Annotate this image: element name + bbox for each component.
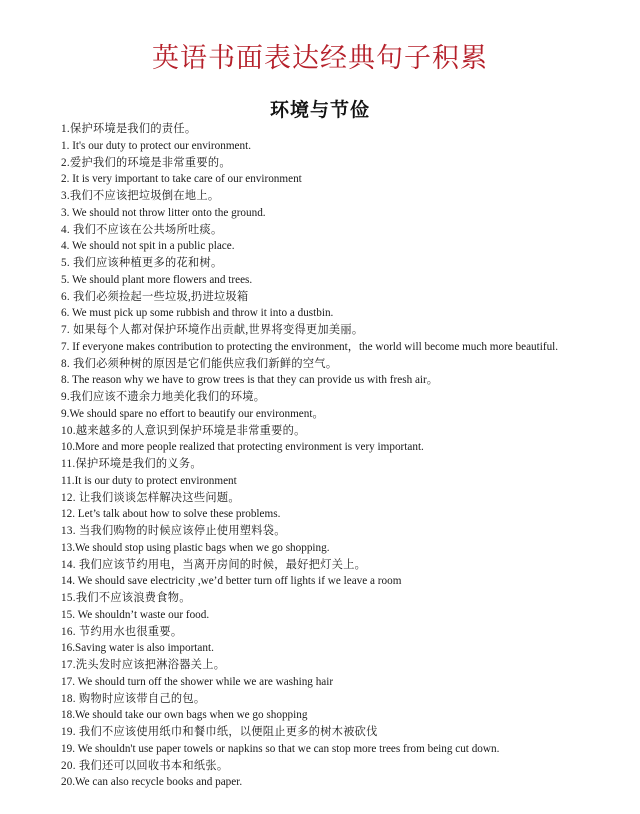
- sentence-zh-16: 16. 节约用水也很重要。: [61, 624, 631, 641]
- sentence-zh-11: 11.保护环境是我们的义务。: [61, 456, 631, 473]
- sentence-en-8: 8. The reason why we have to grow trees …: [61, 372, 631, 389]
- sentence-en-14: 14. We should save electricity ,we’d bet…: [61, 573, 631, 590]
- sentence-zh-3: 3.我们不应该把垃圾倒在地上。: [61, 188, 631, 205]
- sentence-en-15: 15. We shouldn’t waste our food.: [61, 607, 631, 624]
- sentence-zh-12: 12. 让我们谈谈怎样解决这些问题。: [61, 490, 631, 507]
- sentence-en-16: 16.Saving water is also important.: [61, 640, 631, 657]
- sentence-en-1: 1. It's our duty to protect our environm…: [61, 138, 631, 155]
- sentence-en-9: 9.We should spare no effort to beautify …: [61, 406, 631, 423]
- sentence-zh-13: 13. 当我们购物的时候应该停止使用塑料袋。: [61, 523, 631, 540]
- sentence-en-2: 2. It is very important to take care of …: [61, 171, 631, 188]
- sentence-en-11: 11.It is our duty to protect environment: [61, 473, 631, 490]
- sentence-zh-2: 2.爱护我们的环境是非常重要的。: [61, 155, 631, 172]
- sentence-en-4: 4. We should not spit in a public place.: [61, 238, 631, 255]
- sentence-en-5: 5. We should plant more flowers and tree…: [61, 272, 631, 289]
- sentence-en-20: 20.We can also recycle books and paper.: [61, 774, 631, 791]
- sentence-en-7: 7. If everyone makes contribution to pro…: [61, 339, 631, 356]
- sentence-zh-10: 10.越来越多的人意识到保护环境是非常重要的。: [61, 423, 631, 440]
- document-title: 英语书面表达经典句子积累: [0, 36, 640, 75]
- sentence-en-10: 10.More and more people realized that pr…: [61, 439, 631, 456]
- sentence-zh-8: 8. 我们必须种树的原因是它们能供应我们新鲜的空气。: [61, 356, 631, 373]
- sentence-en-3: 3. We should not throw litter onto the g…: [61, 205, 631, 222]
- sentence-zh-15: 15.我们不应该浪费食物。: [61, 590, 631, 607]
- section-heading: 环境与节俭: [0, 95, 640, 122]
- sentence-en-12: 12. Let’s talk about how to solve these …: [61, 506, 631, 523]
- sentence-zh-18: 18. 购物时应该带自己的包。: [61, 691, 631, 708]
- sentence-zh-20: 20. 我们还可以回收书本和纸张。: [61, 758, 631, 775]
- sentence-zh-19: 19. 我们不应该使用纸巾和餐巾纸，以便阻止更多的树木被砍伐: [61, 724, 631, 741]
- sentence-en-6: 6. We must pick up some rubbish and thro…: [61, 305, 631, 322]
- sentence-zh-5: 5. 我们应该种植更多的花和树。: [61, 255, 631, 272]
- sentence-zh-6: 6. 我们必须捡起一些垃圾,扔进垃圾箱: [61, 289, 631, 306]
- sentence-zh-7: 7. 如果每个人都对保护环境作出贡献,世界将变得更加美丽。: [61, 322, 631, 339]
- sentence-list: 1.保护环境是我们的责任。 1. It's our duty to protec…: [61, 121, 631, 791]
- sentence-en-18: 18.We should take our own bags when we g…: [61, 707, 631, 724]
- sentence-en-17: 17. We should turn off the shower while …: [61, 674, 631, 691]
- sentence-zh-4: 4. 我们不应该在公共场所吐痰。: [61, 222, 631, 239]
- sentence-zh-9: 9.我们应该不遗余力地美化我们的环境。: [61, 389, 631, 406]
- sentence-en-13: 13.We should stop using plastic bags whe…: [61, 540, 631, 557]
- sentence-en-19: 19. We shouldn't use paper towels or nap…: [61, 741, 631, 758]
- sentence-zh-14: 14. 我们应该节约用电，当离开房间的时候，最好把灯关上。: [61, 557, 631, 574]
- sentence-zh-17: 17.洗头发时应该把淋浴器关上。: [61, 657, 631, 674]
- sentence-zh-1: 1.保护环境是我们的责任。: [61, 121, 631, 138]
